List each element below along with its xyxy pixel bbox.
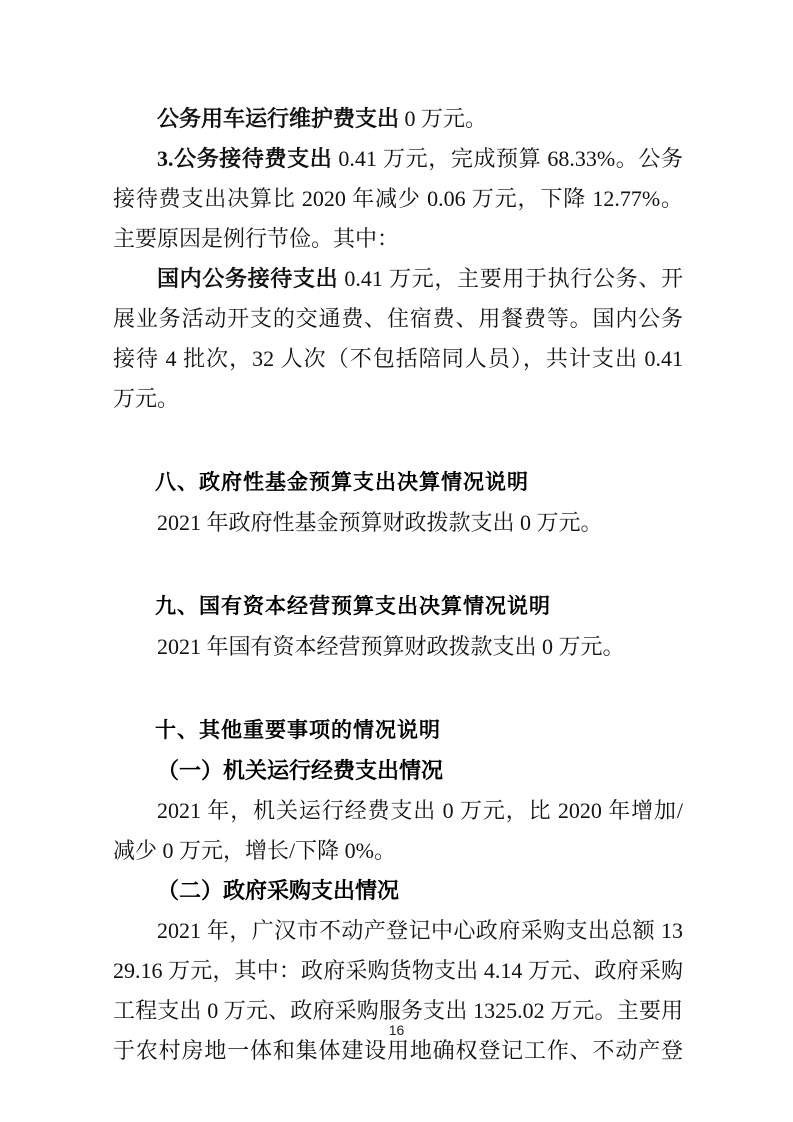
section-ix: 九、国有资本经营预算支出决算情况说明 2021 年国有资本经营预算财政拨款支出 … (113, 587, 683, 667)
section-x: 十、其他重要事项的情况说明 （一）机关运行经费支出情况 2021 年，机关运行经… (113, 711, 683, 1071)
section-x-sub1-body: 2021 年，机关运行经费支出 0 万元，比 2020 年增加/减少 0 万元，… (113, 791, 683, 871)
paragraph-vehicle-maintenance: 公务用车运行维护费支出 0 万元。 (113, 99, 683, 139)
section-ix-heading: 九、国有资本经营预算支出决算情况说明 (113, 587, 683, 627)
paragraph-vehicle-maintenance-text: 0 万元。 (399, 106, 487, 131)
section-x-sub2-body: 2021 年，广汉市不动产登记中心政府采购支出总额 1329.16 万元，其中：… (113, 911, 683, 1071)
section-ix-body: 2021 年国有资本经营预算财政拨款支出 0 万元。 (113, 627, 683, 667)
document-page: 公务用车运行维护费支出 0 万元。 3.公务接待费支出 0.41 万元，完成预算… (0, 0, 793, 1122)
section-viii: 八、政府性基金预算支出决算情况说明 2021 年政府性基金预算财政拨款支出 0 … (113, 463, 683, 543)
paragraph-domestic-reception-lead: 国内公务接待支出 (157, 266, 338, 291)
page-number: 16 (0, 1022, 793, 1038)
paragraph-domestic-reception: 国内公务接待支出 0.41 万元，主要用于执行公务、开展业务活动开支的交通费、住… (113, 259, 683, 419)
paragraph-official-reception-lead: 3.公务接待费支出 (157, 146, 332, 171)
paragraph-official-reception: 3.公务接待费支出 0.41 万元，完成预算 68.33%。公务接待费支出决算比… (113, 139, 683, 259)
section-viii-body: 2021 年政府性基金预算财政拨款支出 0 万元。 (113, 503, 683, 543)
section-viii-heading: 八、政府性基金预算支出决算情况说明 (113, 463, 683, 503)
section-x-sub2-heading: （二）政府采购支出情况 (113, 871, 683, 911)
paragraph-vehicle-maintenance-lead: 公务用车运行维护费支出 (157, 106, 399, 131)
page-content: 公务用车运行维护费支出 0 万元。 3.公务接待费支出 0.41 万元，完成预算… (113, 99, 683, 1071)
section-x-sub1-heading: （一）机关运行经费支出情况 (113, 751, 683, 791)
section-x-heading: 十、其他重要事项的情况说明 (113, 711, 683, 751)
